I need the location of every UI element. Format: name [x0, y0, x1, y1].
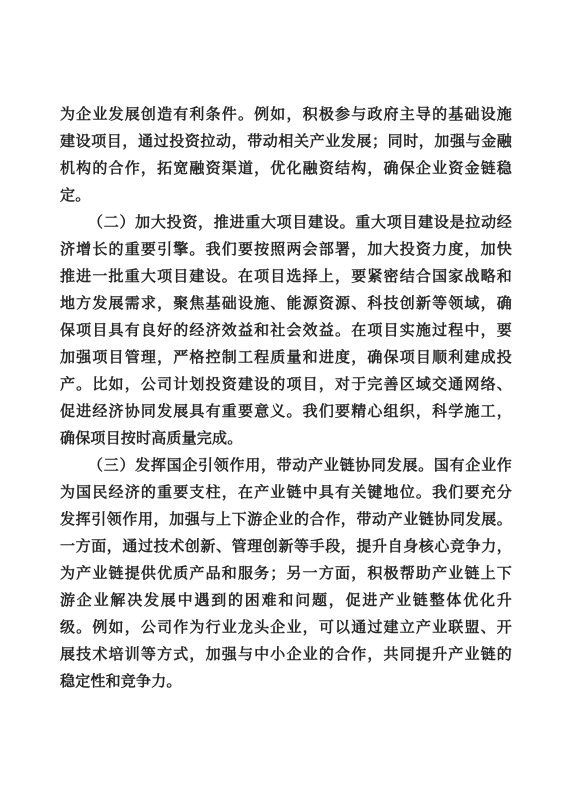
text-line: 为企业发展创造有利条件。例如，积极参与政府主导的基础设施 [60, 101, 512, 128]
text-line: 济增长的重要引擎。我们要按照两会部署，加大投资力度，加快 [60, 236, 512, 263]
text-line: 建设项目，通过投资拉动，带动相关产业发展；同时，加强与金融 [60, 128, 512, 155]
text-line: （三）发挥国企引领作用，带动产业链协同发展。国有企业作 [60, 452, 512, 479]
text-line: （二）加大投资，推进重大项目建设。重大项目建设是拉动经 [60, 209, 512, 236]
text-line: 为产业链提供优质产品和服务；另一方面，积极帮助产业链上下 [60, 560, 512, 587]
paragraph: （二）加大投资，推进重大项目建设。重大项目建设是拉动经济增长的重要引擎。我们要按… [60, 209, 512, 452]
text-line: 级。例如，公司作为行业龙头企业，可以通过建立产业联盟、开 [60, 614, 512, 641]
document-body: 为企业发展创造有利条件。例如，积极参与政府主导的基础设施建设项目，通过投资拉动，… [60, 101, 512, 695]
text-line: 发挥引领作用，加强与上下游企业的合作，带动产业链协同发展。 [60, 506, 512, 533]
text-line: 展技术培训等方式，加强与中小企业的合作，共同提升产业链的 [60, 641, 512, 668]
text-line: 游企业解决发展中遇到的困难和问题，促进产业链整体优化升 [60, 587, 512, 614]
text-line: 稳定性和竞争力。 [60, 668, 512, 695]
text-line: 推进一批重大项目建设。在项目选择上，要紧密结合国家战略和 [60, 263, 512, 290]
text-line: 保项目具有良好的经济效益和社会效益。在项目实施过程中，要 [60, 317, 512, 344]
text-line: 产。比如，公司计划投资建设的项目，对于完善区域交通网络、 [60, 371, 512, 398]
text-line: 地方发展需求，聚焦基础设施、能源资源、科技创新等领域，确 [60, 290, 512, 317]
text-line: 一方面，通过技术创新、管理创新等手段，提升自身核心竞争力， [60, 533, 512, 560]
text-line: 促进经济协同发展具有重要意义。我们要精心组织，科学施工， [60, 398, 512, 425]
text-line: 加强项目管理，严格控制工程质量和进度，确保项目顺利建成投 [60, 344, 512, 371]
text-line: 为国民经济的重要支柱，在产业链中具有关键地位。我们要充分 [60, 479, 512, 506]
paragraph: 为企业发展创造有利条件。例如，积极参与政府主导的基础设施建设项目，通过投资拉动，… [60, 101, 512, 209]
text-line: 确保项目按时高质量完成。 [60, 425, 512, 452]
text-line: 定。 [60, 182, 512, 209]
text-line: 机构的合作，拓宽融资渠道，优化融资结构，确保企业资金链稳 [60, 155, 512, 182]
paragraph: （三）发挥国企引领作用，带动产业链协同发展。国有企业作为国民经济的重要支柱，在产… [60, 452, 512, 695]
document-page: 为企业发展创造有利条件。例如，积极参与政府主导的基础设施建设项目，通过投资拉动，… [0, 0, 570, 807]
